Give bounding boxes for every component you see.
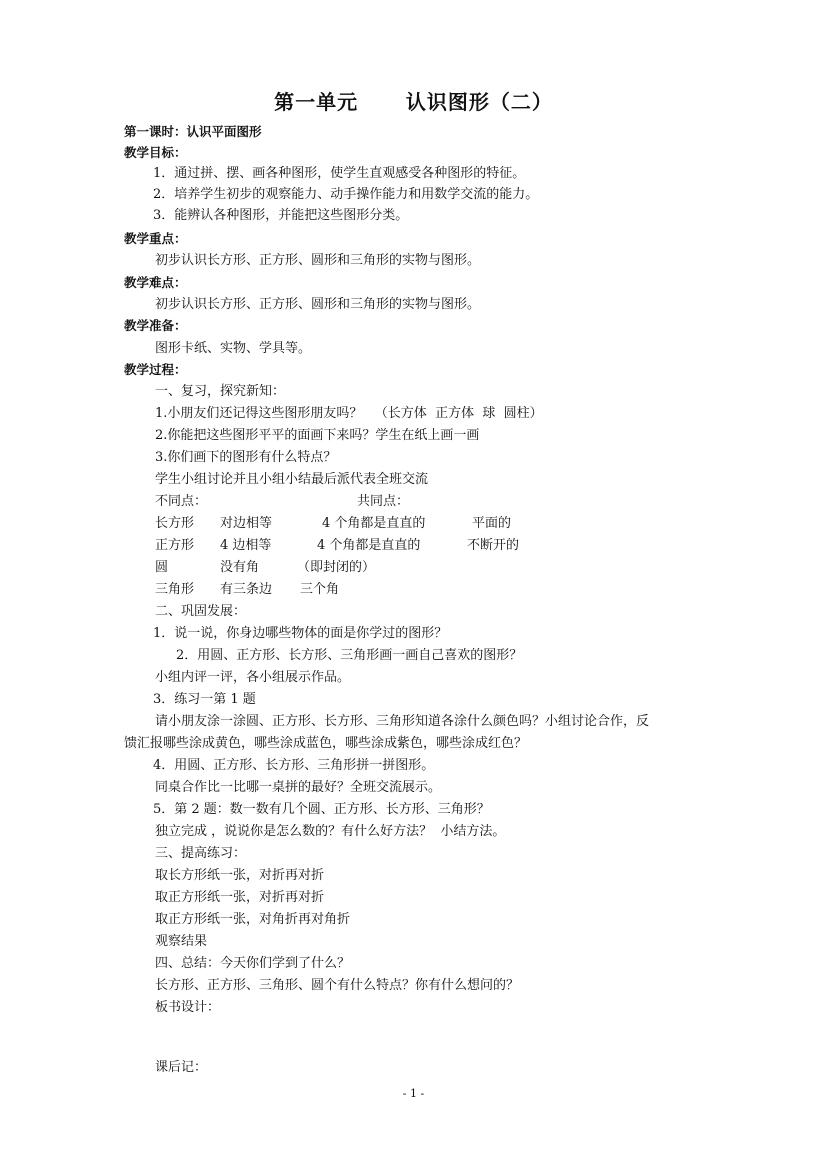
page-number: - 1 - (0, 1087, 827, 1100)
shape-name: 三角形 (155, 582, 194, 598)
shape-feature: 4 边相等 (220, 538, 271, 554)
shape-name: 圆 (155, 560, 168, 576)
shape-feature: 有三条边 (220, 582, 272, 598)
header-common: 共同点： (357, 494, 409, 510)
part3-line: 观察结果 (155, 934, 207, 950)
part2-line: 独立完成 ，说说你是怎么数的？有什么好方法？ 小结方法。 (155, 824, 505, 840)
difficulties-heading: 教学难点： (124, 275, 187, 291)
preparation-text: 图形卡纸、实物、学具等。 (155, 341, 311, 357)
shape-angles: 4 个角都是直直的 (322, 516, 425, 532)
part2-line: 同桌合作比一比哪一桌拼的最好？全班交流展示。 (155, 780, 441, 796)
part2-title: 二、巩固发展： (155, 604, 246, 620)
part3-line: 取正方形纸一张，对角折再对角折 (155, 912, 350, 928)
part4-title: 四、总结：今天你们学到了什么？ (155, 956, 350, 972)
process-heading: 教学过程： (124, 362, 187, 378)
after-class-notes-label: 课后记： (155, 1060, 207, 1076)
shape-feature: 对边相等 (220, 516, 272, 532)
objective-item: 2．培养学生初步的观察能力、动手操作能力和用数学交流的能力。 (153, 187, 538, 203)
key-points-text: 初步认识长方形、正方形、圆形和三角形的实物与图形。 (155, 253, 480, 269)
blackboard-design-label: 板书设计： (155, 1000, 220, 1016)
document-page: 第一单元 认识图形（二） 第一课时：认识平面图形 教学目标： 1．通过拼、摆、画… (0, 0, 827, 1169)
shape-angles: 三个角 (300, 582, 339, 598)
part2-line: 1．说一说，你身边哪些物体的面是你学过的图形？ (153, 626, 447, 642)
part1-line: 2.你能把这些图形平平的面画下来吗？学生在纸上画一画 (155, 428, 479, 444)
part2-line: 馈汇报哪些涂成黄色，哪些涂成蓝色，哪些涂成紫色，哪些涂成红色？ (124, 736, 527, 752)
part3-line: 取正方形纸一张，对折再对折 (155, 890, 324, 906)
header-differences: 不同点： (155, 494, 207, 510)
part1-line: 学生小组讨论并且小组小结最后派代表全班交流 (155, 472, 428, 488)
objective-item: 3．能辨认各种图形，并能把这些图形分类。 (153, 208, 408, 224)
part2-line: 5．第 2 题：数一数有几个圆、正方形、长方形、三角形？ (153, 802, 490, 818)
objectives-heading: 教学目标： (124, 145, 187, 161)
part2-line: 4．用圆、正方形、长方形、三角形拼一拼图形。 (153, 758, 434, 774)
common-feature: 平面的 (472, 516, 511, 532)
preparation-heading: 教学准备： (124, 318, 187, 334)
key-points-heading: 教学重点： (124, 231, 187, 247)
part3-title: 三、提高练习： (155, 846, 246, 862)
part2-line: 2．用圆、正方形、长方形、三角形画一画自己喜欢的图形？ (176, 648, 522, 664)
common-feature: 不断开的 (467, 538, 519, 554)
difficulties-text: 初步认识长方形、正方形、圆形和三角形的实物与图形。 (155, 297, 480, 313)
objective-item: 1．通过拼、摆、画各种图形，使学生直观感受各种图形的特征。 (153, 166, 525, 182)
lesson-heading: 第一课时：认识平面图形 (124, 124, 262, 140)
shape-name: 长方形 (155, 516, 194, 532)
shape-name: 正方形 (155, 538, 194, 554)
part3-line: 取长方形纸一张，对折再对折 (155, 868, 324, 884)
shape-angles: （即封闭的） (297, 560, 375, 576)
part2-line: 请小朋友涂一涂圆、正方形、长方形、三角形知道各涂什么颜色吗？小组讨论合作，反 (155, 714, 649, 730)
part2-line: 小组内评一评，各小组展示作品。 (155, 670, 350, 686)
part1-line: 1.小朋友们还记得这些图形朋友吗？ （长方体 正方体 球 圆柱） (155, 406, 543, 422)
part1-line: 3.你们画下的图形有什么特点？ (155, 450, 336, 466)
part2-line: 3．练习一第 1 题 (153, 692, 256, 708)
document-title: 第一单元 认识图形（二） (0, 86, 827, 115)
part1-title: 一、复习，探究新知： (155, 384, 285, 400)
part4-line: 长方形、正方形、三角形、圆个有什么特点？你有什么想问的？ (155, 978, 519, 994)
shape-feature: 没有角 (220, 560, 259, 576)
shape-angles: 4 个角都是直直的 (317, 538, 420, 554)
